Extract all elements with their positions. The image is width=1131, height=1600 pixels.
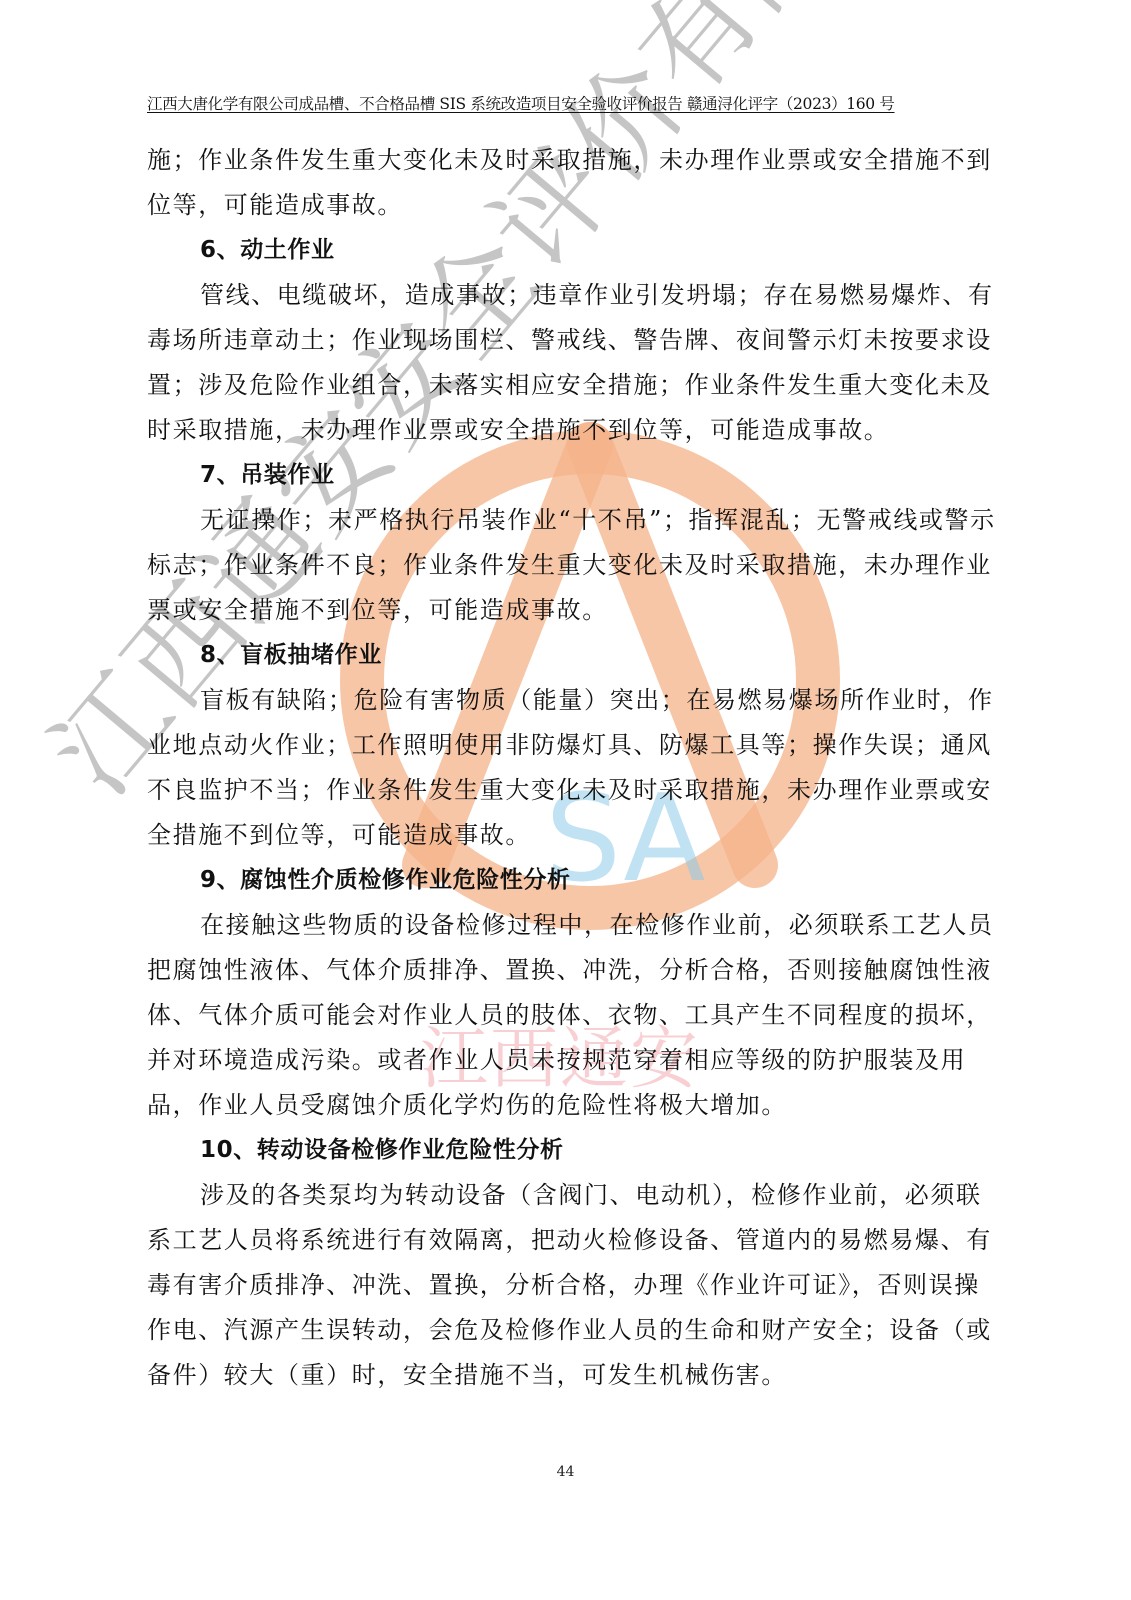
section-heading: 10、转动设备检修作业危险性分析 <box>147 1128 1007 1173</box>
paragraph-line: 位等，可能造成事故。 <box>147 183 1007 228</box>
paragraph-line: 涉及的各类泵均为转动设备（含阀门、电动机），检修作业前，必须联 <box>147 1173 1007 1218</box>
paragraph-line: 标志；作业条件不良；作业条件发生重大变化未及时采取措施，未办理作业 <box>147 543 1007 588</box>
paragraph-line: 品，作业人员受腐蚀介质化学灼伤的危险性将极大增加。 <box>147 1083 1007 1128</box>
paragraph-line: 时采取措施，未办理作业票或安全措施不到位等，可能造成事故。 <box>147 408 1007 453</box>
section-heading: 6、动土作业 <box>147 228 1007 273</box>
section-heading: 9、腐蚀性介质检修作业危险性分析 <box>147 858 1007 903</box>
paragraph-line: 在接触这些物质的设备检修过程中，在检修作业前，必须联系工艺人员 <box>147 903 1007 948</box>
paragraph-line: 置；涉及危险作业组合，未落实相应安全措施；作业条件发生重大变化未及 <box>147 363 1007 408</box>
paragraph-line: 作电、汽源产生误转动，会危及检修作业人员的生命和财产安全；设备（或 <box>147 1308 1007 1353</box>
paragraph-line: 不良监护不当；作业条件发生重大变化未及时采取措施，未办理作业票或安 <box>147 768 1007 813</box>
paragraph-line: 管线、电缆破坏，造成事故；违章作业引发坍塌；存在易燃易爆炸、有 <box>147 273 1007 318</box>
paragraph-line: 票或安全措施不到位等，可能造成事故。 <box>147 588 1007 633</box>
paragraph-line: 毒有害介质排净、冲洗、置换，分析合格，办理《作业许可证》，否则误操 <box>147 1263 1007 1308</box>
paragraph-line: 体、气体介质可能会对作业人员的肢体、衣物、工具产生不同程度的损坏， <box>147 993 1007 1038</box>
paragraph-line: 毒场所违章动土；作业现场围栏、警戒线、警告牌、夜间警示灯未按要求设 <box>147 318 1007 363</box>
document-page: SA 江西通安 江西通安安全评价有限公司 江西大唐化学有限公司成品槽、不合格品槽… <box>0 0 1131 1600</box>
running-header: 江西大唐化学有限公司成品槽、不合格品槽 SIS 系统改造项目安全验收评价报告 赣… <box>147 94 955 114</box>
paragraph-line: 把腐蚀性液体、气体介质排净、置换、冲洗，分析合格，否则接触腐蚀性液 <box>147 948 1007 993</box>
paragraph-line: 系工艺人员将系统进行有效隔离，把动火检修设备、管道内的易燃易爆、有 <box>147 1218 1007 1263</box>
paragraph-line: 盲板有缺陷；危险有害物质（能量）突出；在易燃易爆场所作业时，作 <box>147 678 1007 723</box>
page-number: 44 <box>0 1464 1131 1480</box>
paragraph-line: 备件）较大（重）时，安全措施不当，可发生机械伤害。 <box>147 1353 1007 1398</box>
paragraph-line: 无证操作；未严格执行吊装作业“十不吊”；指挥混乱；无警戒线或警示 <box>147 498 1007 543</box>
paragraph-line: 并对环境造成污染。或者作业人员未按规范穿着相应等级的防护服装及用 <box>147 1038 1007 1083</box>
paragraph-line: 全措施不到位等，可能造成事故。 <box>147 813 1007 858</box>
paragraph-line: 业地点动火作业；工作照明使用非防爆灯具、防爆工具等；操作失误；通风 <box>147 723 1007 768</box>
paragraph-line: 施；作业条件发生重大变化未及时采取措施，未办理作业票或安全措施不到 <box>147 138 1007 183</box>
section-heading: 7、吊装作业 <box>147 453 1007 498</box>
section-heading: 8、盲板抽堵作业 <box>147 633 1007 678</box>
body-text: 施；作业条件发生重大变化未及时采取措施，未办理作业票或安全措施不到位等，可能造成… <box>147 138 1007 1398</box>
